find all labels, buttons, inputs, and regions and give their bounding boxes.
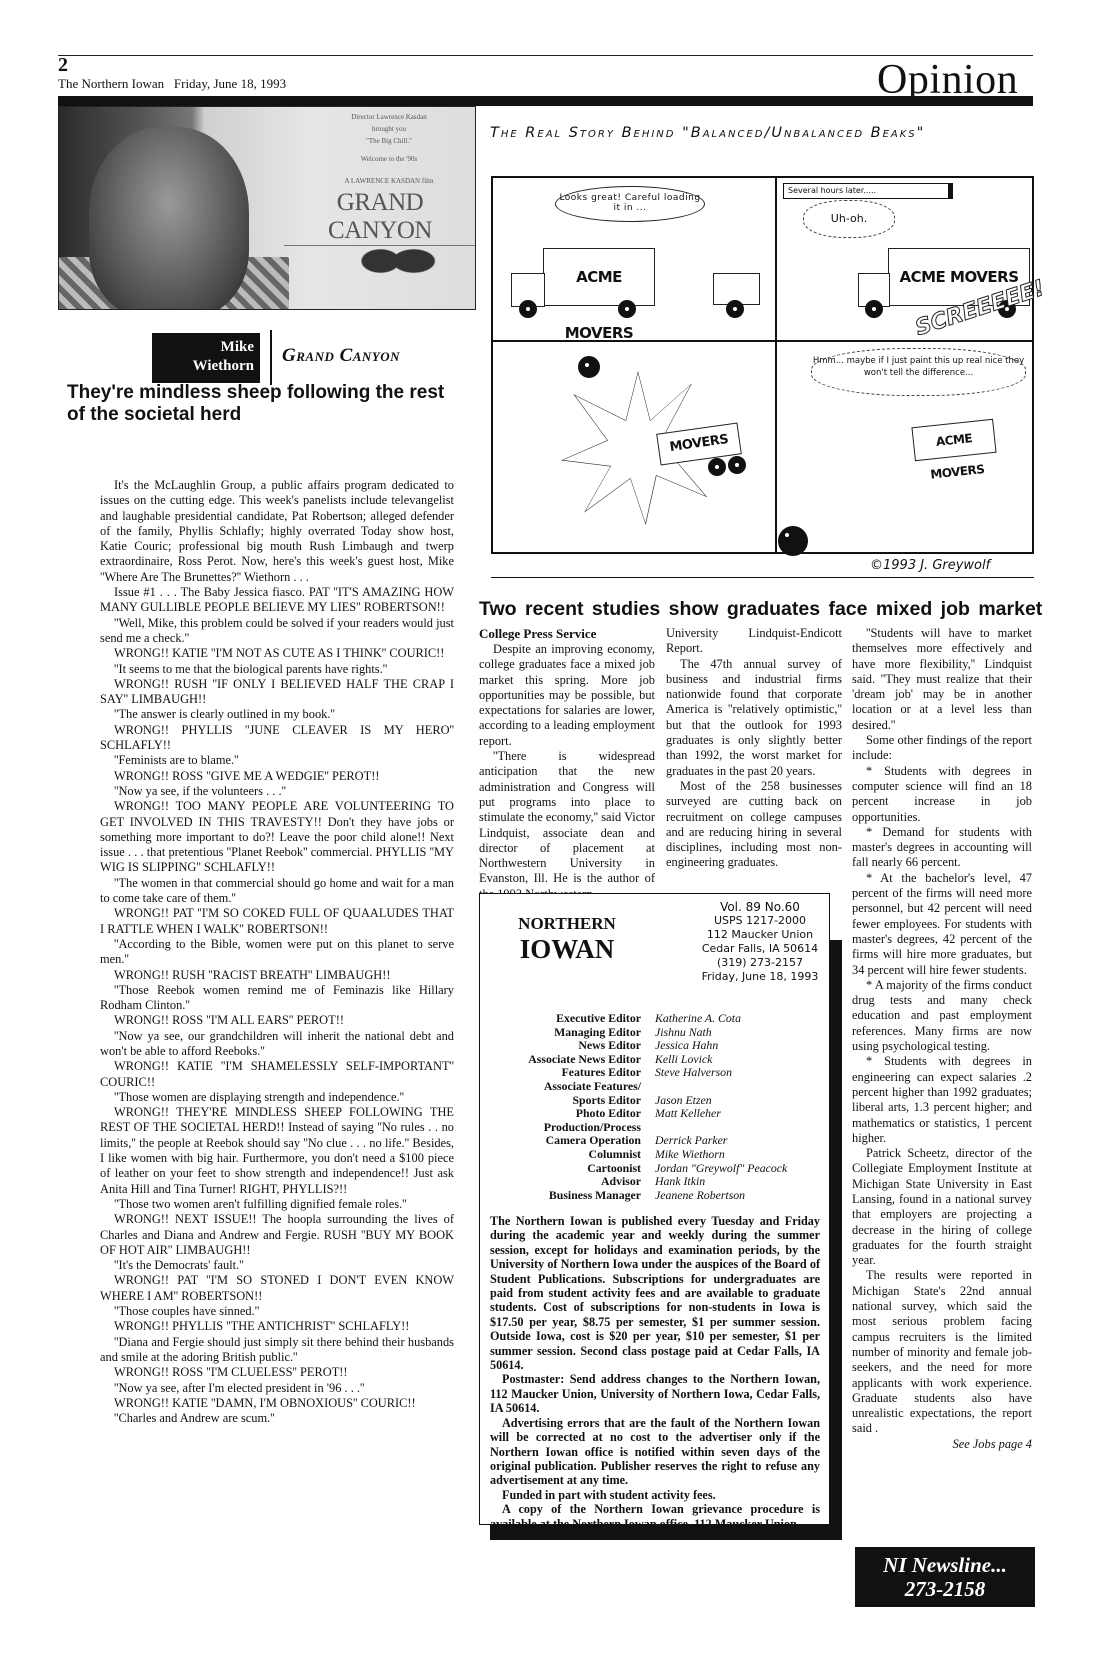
panel-divider [775, 340, 777, 554]
paragraph: ''There is widespread anticipation that … [479, 749, 655, 902]
paragraph: WRONG!! PHYLLIS ''THE ANTICHRIST'' SCHLA… [100, 1319, 454, 1334]
staff-role: Sports Editor [490, 1094, 655, 1108]
paragraph: It's the McLaughlin Group, a public affa… [100, 478, 454, 585]
usps: USPS 1217-2000 [690, 914, 830, 928]
page-number: 2 [58, 55, 68, 75]
staff-name: Kelli Lovick [655, 1053, 712, 1067]
paragraph: Most of the 258 businesses surveyed are … [666, 779, 842, 871]
paragraph: ''Now ya see, our grandchildren will inh… [100, 1029, 454, 1060]
staff-row: Associate Features/ [490, 1080, 820, 1094]
staff-role: Cartoonist [490, 1162, 655, 1176]
masthead-name-line1: NORTHERN [518, 914, 616, 933]
paragraph: WRONG!! PHYLLIS ''JUNE CLEAVER IS MY HER… [100, 723, 454, 754]
rule [491, 577, 1034, 578]
newsline-phone: 273-2158 [855, 1577, 1035, 1601]
staff-name: Jishnu Nath [655, 1026, 712, 1040]
paragraph: Postmaster: Send address changes to the … [490, 1372, 820, 1415]
paragraph: ''Students will have to market themselve… [852, 626, 1032, 733]
paragraph: ''Those couples have sinned.'' [100, 1304, 454, 1319]
staff-row: CartoonistJordan "Greywolf" Peacock [490, 1162, 820, 1176]
paragraph: ''The women in that commercial should go… [100, 876, 454, 907]
column-headline: They're mindless sheep following the res… [67, 382, 467, 426]
paragraph: WRONG!! PAT ''I'M SO COKED FULL OF QUAAL… [100, 906, 454, 937]
paragraph: WRONG!! ROSS ''I'M CLUELESS'' PEROT!! [100, 1365, 454, 1380]
paragraph: * At the bachelor's level, 47 percent of… [852, 871, 1032, 978]
cartoonist-signature: ©1993 J. Greywolf [870, 558, 990, 573]
staff-row: Production/Process [490, 1121, 820, 1135]
staff-role: Camera Operation [490, 1134, 655, 1148]
comic-title: The Real Story Behind "Balanced/Unbalanc… [490, 125, 925, 141]
poster-line: "The Big Chill." [309, 137, 469, 145]
paragraph: ''Charles and Andrew are scum.'' [100, 1411, 454, 1426]
paragraph: ''Those Reebok women remind me of Femina… [100, 983, 454, 1014]
poster-figures [349, 237, 439, 297]
paragraph: ''Those two women aren't fulfilling dign… [100, 1197, 454, 1212]
newsline-label: NI Newsline... [855, 1553, 1035, 1577]
staff-name: Jeanene Robertson [655, 1189, 745, 1203]
loose-tire [778, 526, 808, 556]
paragraph: The results were reported in Michigan St… [852, 1268, 1032, 1436]
masthead-info: Vol. 89 No.60 USPS 1217-2000 112 Maucker… [690, 900, 830, 984]
paragraph: WRONG!! KATIE ''I'M NOT AS CUTE AS I THI… [100, 646, 454, 661]
staff-role: Associate Features/ [490, 1080, 655, 1094]
thought-bubble: Uh-oh. [803, 200, 895, 238]
staff-row: News EditorJessica Hahn [490, 1039, 820, 1053]
masthead-name-line2: IOWAN [502, 934, 632, 964]
staff-name: Katherine A. Cota [655, 1012, 741, 1026]
columnist-photo: Director Lawrence Kasdan brought you "Th… [58, 106, 476, 310]
byline-divider [270, 330, 272, 385]
flying-wheel [578, 356, 600, 378]
staff-name: Steve Halverson [655, 1066, 732, 1080]
staff-row: Business ManagerJeanene Robertson [490, 1189, 820, 1203]
forklift-wheel [726, 300, 744, 318]
truck-wheel [708, 458, 726, 476]
wrecked-truck: ACME MOVERS [911, 419, 996, 461]
top-rule [58, 55, 1033, 56]
truck-body: ACME MOVERS [543, 248, 655, 306]
paragraph: ''Well, Mike, this problem could be solv… [100, 616, 454, 647]
paragraph: ''It's the Democrats' fault.'' [100, 1258, 454, 1273]
staff-name: Derrick Parker [655, 1134, 727, 1148]
article-column-1: Despite an improving economy, college gr… [479, 642, 655, 902]
issue-date: Friday, June 18, 1993 [174, 76, 286, 91]
staff-role: Production/Process [490, 1121, 655, 1135]
thought-bubble: Hmm... maybe if I just paint this up rea… [811, 348, 1026, 396]
paragraph: * Students with degrees in engineering c… [852, 1054, 1032, 1146]
publication-name: The Northern Iowan [58, 76, 164, 91]
article-column-2: University Lindquist-Endicott Report. Th… [666, 626, 842, 871]
staff-row: Features EditorSteve Halverson [490, 1066, 820, 1080]
paragraph: Despite an improving economy, college gr… [479, 642, 655, 749]
paragraph: WRONG!! TOO MANY PEOPLE ARE VOLUNTEERING… [100, 799, 454, 875]
paragraph: WRONG!! RUSH ''RACIST BREATH'' LIMBAUGH!… [100, 968, 454, 983]
author-first: Mike [152, 338, 254, 357]
article-column-3: ''Students will have to market themselve… [852, 626, 1032, 1452]
paragraph: Some other findings of the report includ… [852, 733, 1032, 764]
truck-wheel [865, 300, 883, 318]
staff-name: Matt Kelleher [655, 1107, 721, 1121]
staff-row: Photo EditorMatt Kelleher [490, 1107, 820, 1121]
staff-row: Camera OperationDerrick Parker [490, 1134, 820, 1148]
paragraph: ''The answer is clearly outlined in my b… [100, 707, 454, 722]
panel-divider [775, 178, 777, 340]
staff-name: Jason Etzen [655, 1094, 712, 1108]
masthead-name: NORTHERN IOWAN [502, 914, 632, 964]
truck-wheel [519, 300, 537, 318]
paragraph: * Students with degrees in computer scie… [852, 764, 1032, 825]
staff-name: Mike Wiethorn [655, 1148, 725, 1162]
paragraph: WRONG!! PAT ''I'M SO STONED I DON'T EVEN… [100, 1273, 454, 1304]
staff-list: Executive EditorKatherine A. Cota Managi… [490, 1012, 820, 1202]
masthead-statement: The Northern Iowan is published every Tu… [490, 1214, 820, 1531]
poster-line: brought you [309, 125, 469, 133]
staff-role: Advisor [490, 1175, 655, 1189]
author-byline: Mike Wiethorn [152, 333, 260, 383]
issue-date: Friday, June 18, 1993 [690, 970, 830, 984]
jump-link[interactable]: See Jobs page 4 [953, 1437, 1032, 1452]
staff-role: Associate News Editor [490, 1053, 655, 1067]
paragraph: Advertising errors that are the fault of… [490, 1416, 820, 1488]
staff-row: Executive EditorKatherine A. Cota [490, 1012, 820, 1026]
column-body: It's the McLaughlin Group, a public affa… [100, 478, 454, 1426]
truck-wheel [618, 300, 636, 318]
staff-name: Hank Itkin [655, 1175, 705, 1189]
masthead-shadow [830, 940, 842, 1540]
staff-role: Columnist [490, 1148, 655, 1162]
header-bar [58, 96, 1033, 106]
paragraph: WRONG!! ROSS ''GIVE ME A WEDGIE'' PEROT!… [100, 769, 454, 784]
paragraph: ''It seems to me that the biological par… [100, 662, 454, 677]
truck-wheel [728, 456, 746, 474]
photo-face [89, 127, 249, 310]
paragraph: * A majority of the firms conduct drug t… [852, 978, 1032, 1054]
paragraph: ''Diana and Fergie should just simply si… [100, 1335, 454, 1366]
author-last: Wiethorn [152, 357, 254, 376]
dateline: The Northern Iowan Friday, June 18, 1993 [58, 76, 286, 92]
paragraph: The Northern Iowan is published every Tu… [490, 1214, 820, 1372]
staff-role: Business Manager [490, 1189, 655, 1203]
paragraph: WRONG!! KATIE ''DAMN, I'M OBNOXIOUS'' CO… [100, 1396, 454, 1411]
masthead-box: NORTHERN IOWAN Vol. 89 No.60 USPS 1217-2… [479, 893, 830, 1525]
address: 112 Maucker Union [690, 928, 830, 942]
city: Cedar Falls, IA 50614 [690, 942, 830, 956]
paragraph: WRONG!! NEXT ISSUE!! The hoopla surround… [100, 1212, 454, 1258]
phone: (319) 273-2157 [690, 956, 830, 970]
staff-role: News Editor [490, 1039, 655, 1053]
paragraph: ''Now ya see, after I'm elected presiden… [100, 1381, 454, 1396]
staff-row: AdvisorHank Itkin [490, 1175, 820, 1189]
poster-line: Director Lawrence Kasdan [309, 113, 469, 121]
paragraph: The 47th annual survey of business and i… [666, 657, 842, 779]
paragraph: ''Now ya see, if the volunteers . . .'' [100, 784, 454, 799]
staff-name: Jessica Hahn [655, 1039, 718, 1053]
staff-role: Features Editor [490, 1066, 655, 1080]
paragraph: University Lindquist-Endicott Report. [666, 626, 842, 657]
speech-bubble: Looks great! Careful loading it in ... [555, 186, 705, 222]
paragraph: A copy of the Northern Iowan grievance p… [490, 1502, 820, 1531]
paragraph: Issue #1 . . . The Baby Jessica fiasco. … [100, 585, 454, 616]
panel-caption: Several hours later..... [783, 183, 953, 199]
newsline-box: NI Newsline... 273-2158 [855, 1547, 1035, 1607]
staff-role: Executive Editor [490, 1012, 655, 1026]
paragraph: WRONG!! ROSS ''I'M ALL EARS'' PEROT!! [100, 1013, 454, 1028]
paragraph: ''According to the Bible, women were put… [100, 937, 454, 968]
volume: Vol. 89 No.60 [690, 900, 830, 914]
paragraph: Funded in part with student activity fee… [490, 1488, 820, 1502]
staff-row: ColumnistMike Wiethorn [490, 1148, 820, 1162]
paragraph: WRONG!! THEY'RE MINDLESS SHEEP FOLLOWING… [100, 1105, 454, 1197]
paragraph: WRONG!! KATIE ''I'M SHAMELESSLY SELF-IMP… [100, 1059, 454, 1090]
article-credit: College Press Service [479, 626, 596, 642]
paragraph: ''Feminists are to blame.'' [100, 753, 454, 768]
article-headline: Two recent studies show graduates face m… [479, 598, 1042, 621]
paragraph: ''Those women are displaying strength an… [100, 1090, 454, 1105]
column-name: Grand Canyon [282, 345, 400, 367]
paragraph: WRONG!! RUSH ''IF ONLY I BELIEVED HALF T… [100, 677, 454, 708]
poster-line: A LAWRENCE KASDAN film [309, 177, 469, 185]
paragraph: * Demand for students with master's degr… [852, 825, 1032, 871]
comic-strip: Looks great! Careful loading it in ... A… [491, 176, 1034, 554]
staff-name: Jordan "Greywolf" Peacock [655, 1162, 787, 1176]
staff-row: Associate News EditorKelli Lovick [490, 1053, 820, 1067]
staff-role: Managing Editor [490, 1026, 655, 1040]
poster-line: Welcome to the '90s [309, 155, 469, 163]
paragraph: Patrick Scheetz, director of the Collegi… [852, 1146, 1032, 1268]
staff-row: Managing EditorJishnu Nath [490, 1026, 820, 1040]
staff-role: Photo Editor [490, 1107, 655, 1121]
staff-row: Sports EditorJason Etzen [490, 1094, 820, 1108]
